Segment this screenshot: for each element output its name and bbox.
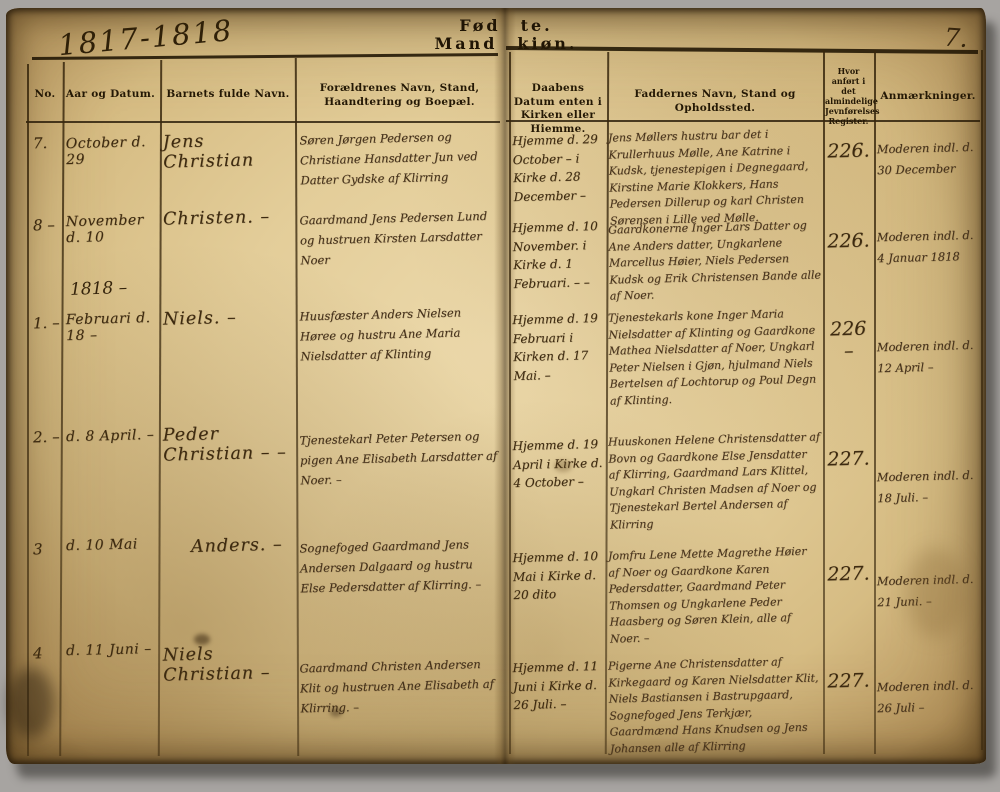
ink-blotch xyxy=(330,708,342,717)
record-register-ref: 227. xyxy=(825,447,873,470)
record-baptism: Hjemme d. 29 October – i Kirke d. 28 Dec… xyxy=(512,130,606,207)
record-register-ref: 226. xyxy=(825,229,873,252)
record-baptism: Hjemme d. 11 Juni i Kirke d. 26 Juli. – xyxy=(512,657,605,715)
column-header-remarks: Anmærkninger. xyxy=(876,90,980,104)
column-header-sponsors: Faddernes Navn, Stand og Opholdssted. xyxy=(610,88,820,115)
record-sponsors: Gaardkonerne Inger Lars Datter og Ane An… xyxy=(608,217,822,305)
record-sponsors: Jens Møllers hustru bar det i Krullerhuu… xyxy=(608,125,822,229)
record-date: d. 11 Juni – xyxy=(66,641,160,659)
column-header-baptism: Daabens Datum enten i Kirken eller Hiemm… xyxy=(512,82,604,137)
record-register-ref: 226 – xyxy=(824,317,872,362)
record-remarks: Moderen indl. d. 18 Juli. – xyxy=(877,465,982,509)
record-sponsors: Jomfru Lene Mette Magrethe Høier af Noer… xyxy=(608,543,822,647)
page-title-part: kiøn. xyxy=(517,34,577,53)
record-sponsors: Pigerne Ane Christensdatter af Kirkegaar… xyxy=(608,653,822,757)
record-register-ref: 227. xyxy=(825,562,873,585)
column-line xyxy=(509,52,511,754)
column-header-no: No. xyxy=(29,88,61,102)
record-date: d. 10 Mai xyxy=(66,536,160,554)
page-title-part: te. xyxy=(521,16,553,35)
record-sponsors: Tjenestekarls kone Inger Maria Nielsdatt… xyxy=(608,305,822,409)
record-no: 2. – xyxy=(33,428,61,447)
column-header-parents: Forældrenes Navn, Stand, Haandtering og … xyxy=(302,82,497,109)
record-child-name: Peder Christian – – xyxy=(163,422,298,465)
record-parents: Gaardmand Jens Pedersen Lund og hustruen… xyxy=(299,206,500,271)
ink-blotch xyxy=(194,634,210,645)
record-register-ref: 227. xyxy=(825,669,873,692)
record-remarks: Moderen indl. d. 4 Januar 1818 xyxy=(877,225,982,269)
header-rule-left xyxy=(26,121,500,123)
record-sponsors: Huuskonen Helene Christensdatter af Bovn… xyxy=(608,429,822,533)
record-parents: Gaardmand Christen Andersen Klit og hust… xyxy=(299,654,500,719)
age-stain xyxy=(554,460,572,472)
parchment-register-page: Fød te. Mand kiøn. 1817-1818 7. No. Aar … xyxy=(6,8,986,764)
record-date: November d. 10 xyxy=(66,212,161,246)
record-remarks: Moderen indl. d. 30 December xyxy=(877,137,982,181)
record-child-name: Jens Christian xyxy=(163,129,298,172)
record-no: 8 – xyxy=(33,216,61,235)
record-child-name: Niels. – xyxy=(163,306,297,329)
record-no: 4 xyxy=(33,644,61,663)
page-title-part: Fød xyxy=(459,16,500,35)
record-date: October d. 29 xyxy=(66,134,161,168)
record-no: 1. – xyxy=(33,314,61,333)
record-child-name: Niels Christian – xyxy=(163,642,298,685)
column-line xyxy=(874,50,876,754)
record-no: 7. xyxy=(33,134,61,153)
column-header-register: Hvor anført i det almindelige Jevnførels… xyxy=(825,66,872,126)
record-child-name: Anders. – xyxy=(163,534,297,557)
record-date: d. 8 April. – xyxy=(66,427,160,445)
record-date: Februari d. 18 – xyxy=(66,310,161,344)
column-line xyxy=(27,64,29,756)
record-remarks: Moderen indl. d. 26 Juli – xyxy=(877,675,982,719)
column-header-date: Aar og Datum. xyxy=(63,88,158,102)
year-heading: 1818 – xyxy=(70,276,181,300)
record-remarks: Moderen indl. d. 12 April – xyxy=(877,335,982,379)
record-child-name: Christen. – xyxy=(163,206,297,229)
page-title-part: Mand xyxy=(435,34,498,53)
record-baptism: Hjemme d. 10 November. i Kirke d. 1 Febr… xyxy=(512,217,606,294)
record-parents: Søren Jørgen Pedersen og Christiane Hans… xyxy=(299,126,500,191)
edge-smudge xyxy=(8,668,54,738)
record-parents: Tjenestekarl Peter Petersen og pigen Ane… xyxy=(299,426,500,491)
record-parents: Sognefoged Gaardmand Jens Andersen Dalga… xyxy=(299,534,500,599)
record-no: 3 xyxy=(33,540,61,559)
record-baptism: Hjemme d. 19 Februari i Kirken d. 17 Mai… xyxy=(512,309,606,386)
record-register-ref: 226. xyxy=(825,139,873,162)
record-baptism: Hjemme d. 10 Mai i Kirke d. 20 dito xyxy=(512,547,605,605)
record-parents: Huusfæster Anders Nielsen Høree og hustr… xyxy=(299,302,500,367)
column-line xyxy=(981,50,983,750)
age-stain xyxy=(906,548,966,638)
column-header-name: Barnets fulde Navn. xyxy=(162,88,294,102)
